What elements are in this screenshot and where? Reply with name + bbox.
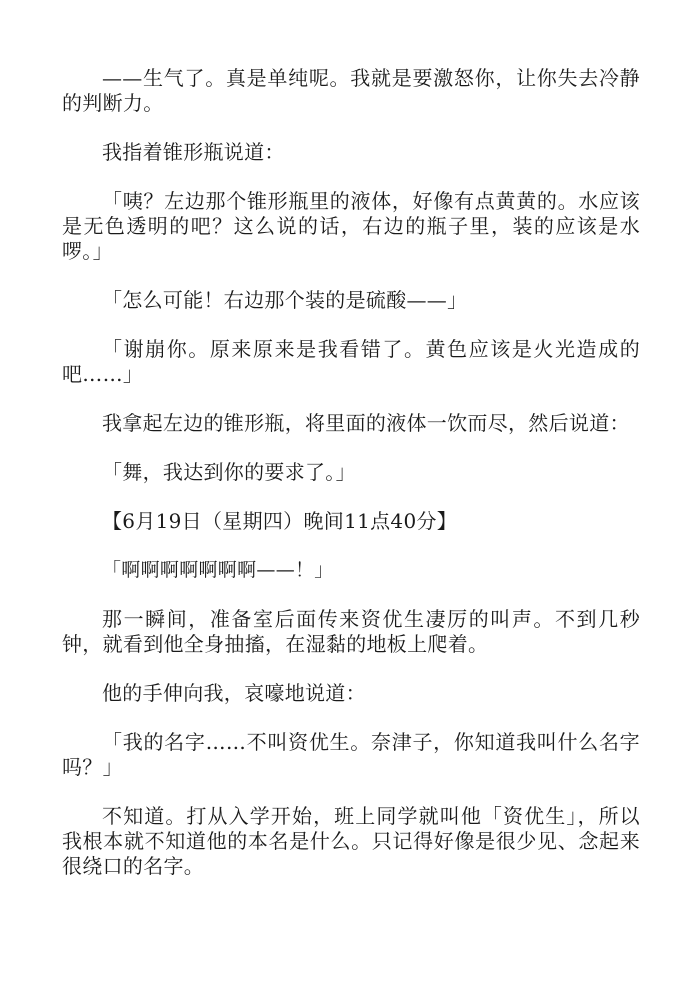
paragraph-dialogue: 「怎么可能！右边那个装的是硫酸——」 xyxy=(62,288,640,313)
paragraph-narration: 不知道。打从入学开始，班上同学就叫他「资优生」，所以我根本就不知道他的本名是什么… xyxy=(62,804,640,879)
paragraph-narration: 我拿起左边的锥形瓶，将里面的液体一饮而尽，然后说道： xyxy=(62,411,640,436)
paragraph-dialogue: 「咦？左边那个锥形瓶里的液体，好像有点黄黄的。水应该是无色透明的吧？这么说的话，… xyxy=(62,189,640,264)
paragraph-narration: 那一瞬间，准备室后面传来资优生凄厉的叫声。不到几秒钟，就看到他全身抽搐，在湿黏的… xyxy=(62,607,640,657)
paragraph-dialogue-scream: 「啊啊啊啊啊啊啊——！」 xyxy=(62,558,640,583)
document-page: ——生气了。真是单纯呢。我就是要激怒你，让你失去冷静的判断力。 我指着锥形瓶说道… xyxy=(62,66,640,903)
paragraph-narration: 我指着锥形瓶说道： xyxy=(62,140,640,165)
paragraph-narration: 他的手伸向我，哀嚎地说道： xyxy=(62,681,640,706)
paragraph-narration: ——生气了。真是单纯呢。我就是要激怒你，让你失去冷静的判断力。 xyxy=(62,66,640,116)
section-timestamp: 【6月19日（星期四）晚间11点40分】 xyxy=(62,509,640,534)
paragraph-dialogue: 「舞，我达到你的要求了。」 xyxy=(62,460,640,485)
paragraph-dialogue: 「谢崩你。原来原来是我看错了。黄色应该是火光造成的吧……」 xyxy=(62,337,640,387)
paragraph-dialogue: 「我的名字……不叫资优生。奈津子，你知道我叫什么名字吗？」 xyxy=(62,730,640,780)
